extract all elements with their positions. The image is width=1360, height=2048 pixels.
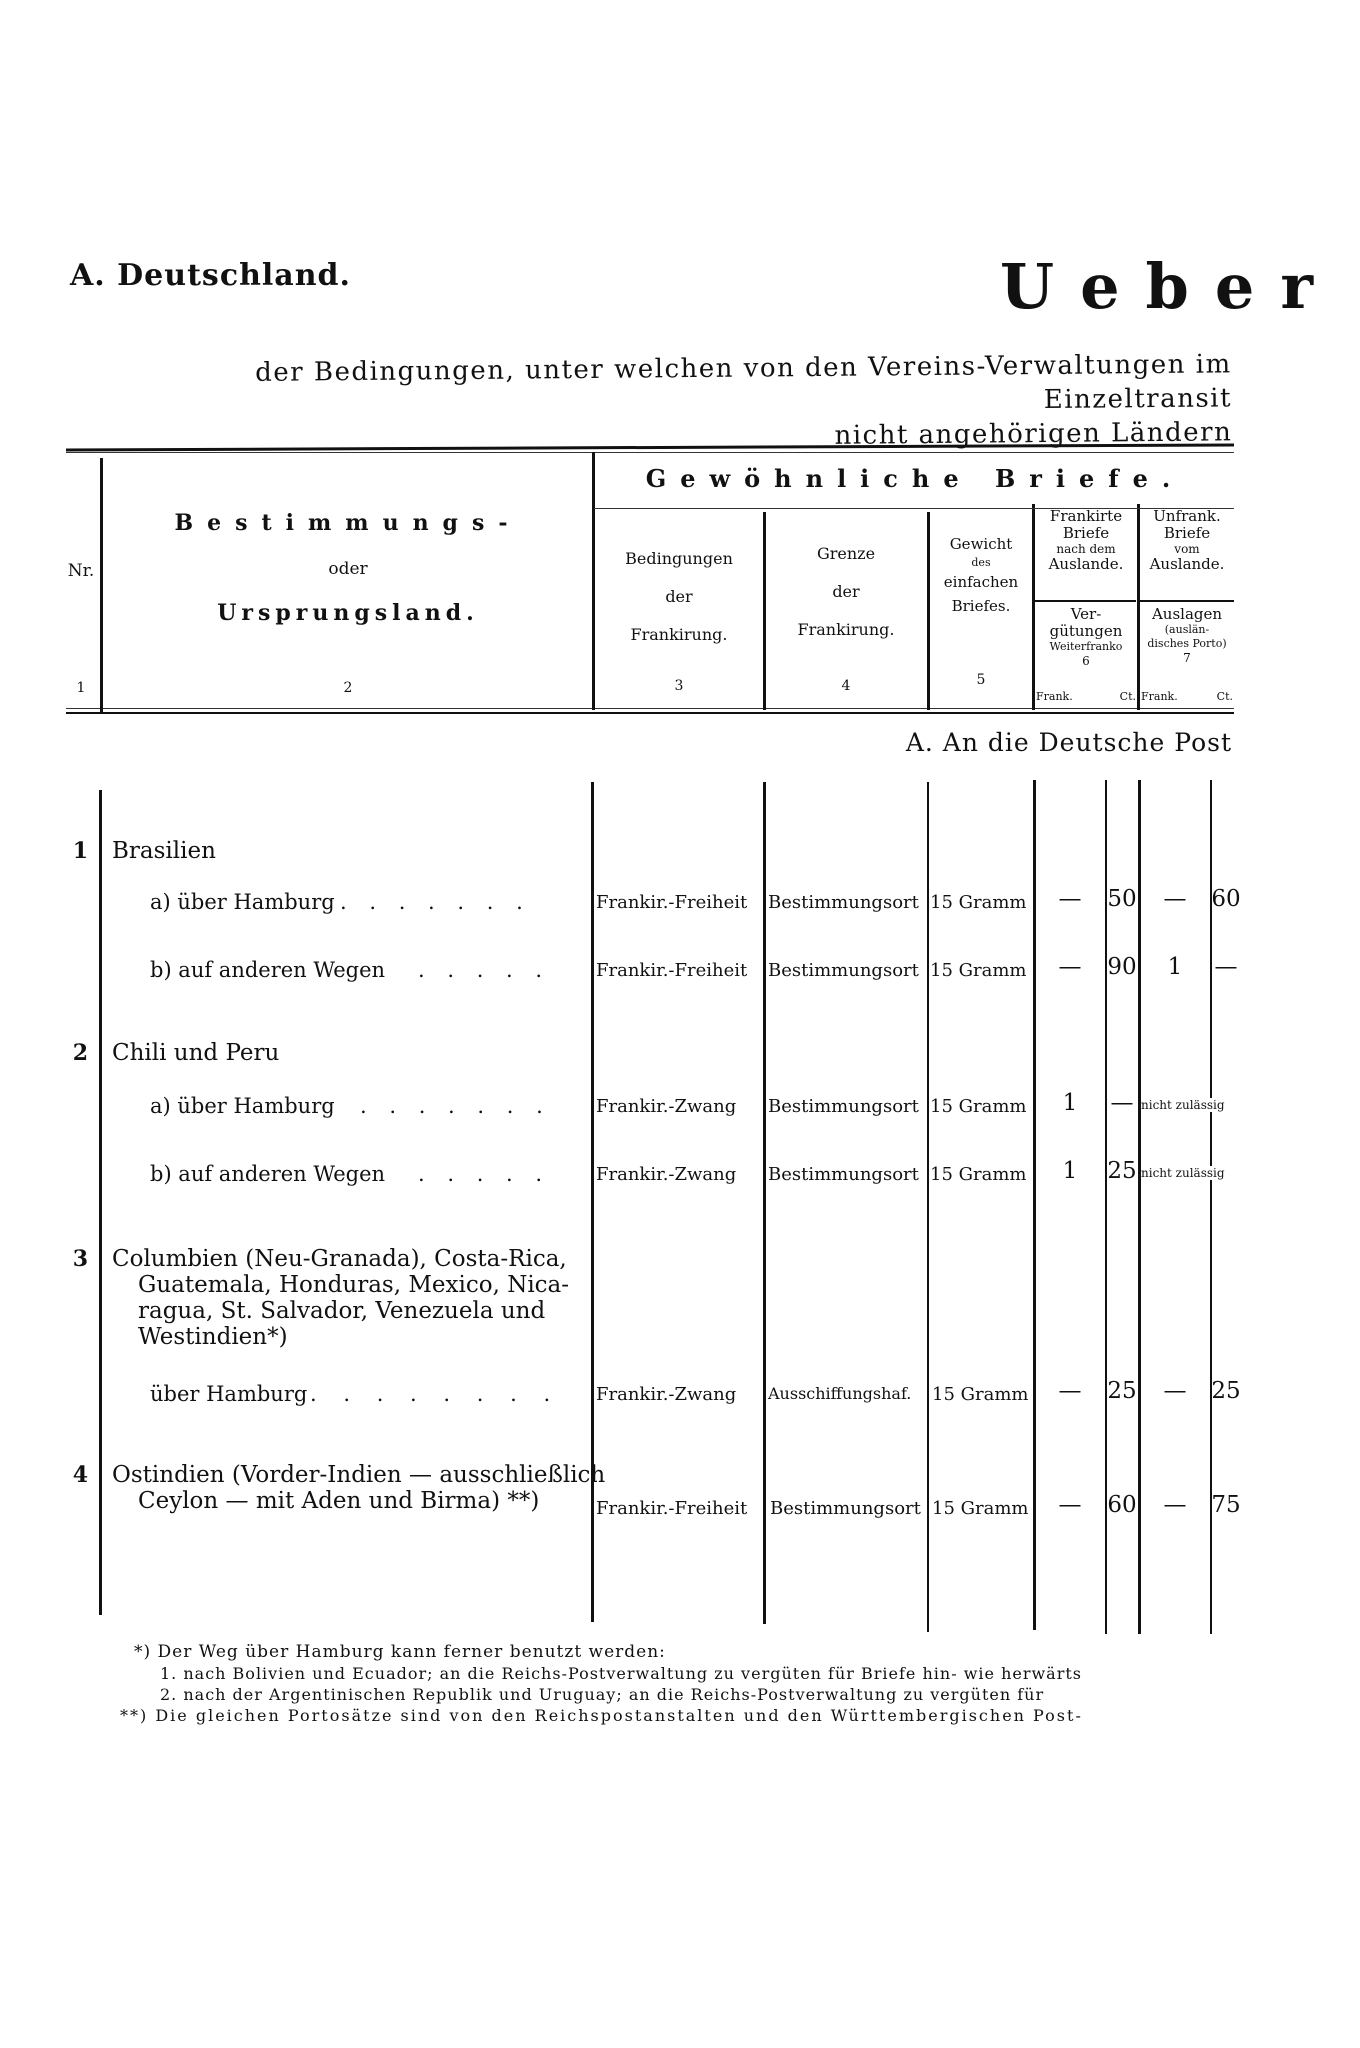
cell-grenze: Bestimmungsort (768, 1164, 919, 1185)
cell-c6-frank: 1 (1036, 1090, 1104, 1116)
route-label: a) über Hamburg (150, 890, 335, 914)
cell-grenze: Ausschiffungshaf. (768, 1384, 911, 1403)
body-divider-country (591, 782, 594, 1622)
cell-c6-frank: 1 (1036, 1158, 1104, 1184)
cell-c6-frank: — (1036, 1378, 1104, 1404)
leader-dots: . . . . . . . (360, 1094, 551, 1118)
cell-gewicht: 15 Gramm (930, 960, 1026, 981)
leader-dots: . . . . . . . (340, 890, 531, 914)
cell-grenze: Bestimmungsort (768, 892, 919, 913)
cell-c6-ct: — (1106, 1090, 1138, 1116)
row-nr-1: 1 (66, 838, 88, 864)
row-country-1: Brasilien (112, 838, 216, 864)
cell-c6-frank: — (1036, 1492, 1104, 1518)
cell-bedingung: Frankir.-Freiheit (596, 1498, 747, 1519)
cell-gewicht: 15 Gramm (930, 892, 1026, 913)
footnote-1-intro: *) Der Weg über Hamburg kann ferner benu… (120, 1642, 1240, 1663)
row-country-3: Columbien (Neu-Granada), Costa-Rica, Gua… (112, 1246, 588, 1350)
cell-c7-text: nicht zulässig (1141, 1098, 1241, 1112)
leader-dots: . . . . . (418, 1162, 550, 1186)
cell-c7-frank: — (1141, 1378, 1209, 1404)
cell-c7-frank: — (1141, 886, 1209, 912)
cell-c7-text: nicht zulässig (1141, 1166, 1241, 1180)
cell-c7-ct: 75 (1211, 1492, 1241, 1518)
cell-c7-ct: 60 (1211, 886, 1241, 912)
route-label: über Hamburg (150, 1382, 307, 1406)
footnotes: *) Der Weg über Hamburg kann ferner benu… (120, 1642, 1240, 1726)
country-line: ragua, St. Salvador, Venezuela und (112, 1298, 588, 1324)
row-country-4: Ostindien (Vorder-Indien — ausschließlic… (112, 1462, 588, 1514)
table-body: 1 Brasilien a) über Hamburg . . . . . . … (0, 0, 1360, 2048)
body-divider-nr (99, 790, 102, 1615)
route-label: b) auf anderen Wegen (150, 958, 385, 982)
cell-bedingung: Frankir.-Zwang (596, 1384, 736, 1405)
country-line: Ostindien (Vorder-Indien — ausschließlic… (112, 1462, 588, 1488)
country-line: Ceylon — mit Aden und Birma) **) (112, 1488, 588, 1514)
cell-gewicht: 15 Gramm (932, 1384, 1028, 1405)
footnote-1-item-2: 2. nach der Argentinischen Republik und … (120, 1684, 1240, 1705)
cell-gewicht: 15 Gramm (930, 1096, 1026, 1117)
cell-c6-ct: 60 (1106, 1492, 1138, 1518)
cell-c6-ct: 50 (1106, 886, 1138, 912)
cell-c6-ct: 25 (1106, 1158, 1138, 1184)
cell-c7-frank: 1 (1141, 954, 1209, 980)
cell-bedingung: Frankir.-Freiheit (596, 892, 747, 913)
body-divider-4 (927, 782, 929, 1632)
leader-dots: . . . . . . . . (310, 1382, 560, 1406)
route-label: a) über Hamburg (150, 1094, 335, 1118)
cell-gewicht: 15 Gramm (930, 1164, 1026, 1185)
cell-bedingung: Frankir.-Zwang (596, 1164, 736, 1185)
cell-c6-ct: 25 (1106, 1378, 1138, 1404)
cell-grenze: Bestimmungsort (768, 960, 919, 981)
cell-grenze: Bestimmungsort (770, 1498, 921, 1519)
country-line: Columbien (Neu-Granada), Costa-Rica, (112, 1246, 588, 1272)
cell-c6-ct: 90 (1106, 954, 1138, 980)
row-country-2: Chili und Peru (112, 1040, 279, 1066)
row-nr-2: 2 (66, 1040, 88, 1066)
leader-dots: . . . . . (418, 958, 550, 982)
cell-c6-frank: — (1036, 886, 1104, 912)
route-label: b) auf anderen Wegen (150, 1162, 385, 1186)
cell-c7-ct: — (1211, 954, 1241, 980)
cell-gewicht: 15 Gramm (932, 1498, 1028, 1519)
row-nr-3: 3 (66, 1246, 88, 1272)
body-divider-3 (763, 782, 766, 1624)
cell-bedingung: Frankir.-Freiheit (596, 960, 747, 981)
cell-c7-ct: 25 (1211, 1378, 1241, 1404)
cell-grenze: Bestimmungsort (768, 1096, 919, 1117)
country-line: Guatemala, Honduras, Mexico, Nica- (112, 1272, 588, 1298)
cell-c6-frank: — (1036, 954, 1104, 980)
cell-c7-frank: — (1141, 1492, 1209, 1518)
footnote-1-item-1: 1. nach Bolivien und Ecuador; an die Rei… (120, 1663, 1240, 1684)
row-nr-4: 4 (66, 1462, 88, 1488)
country-line: Westindien*) (112, 1324, 588, 1350)
footnote-2: **) Die gleichen Portosätze sind von den… (120, 1705, 1240, 1726)
cell-bedingung: Frankir.-Zwang (596, 1096, 736, 1117)
